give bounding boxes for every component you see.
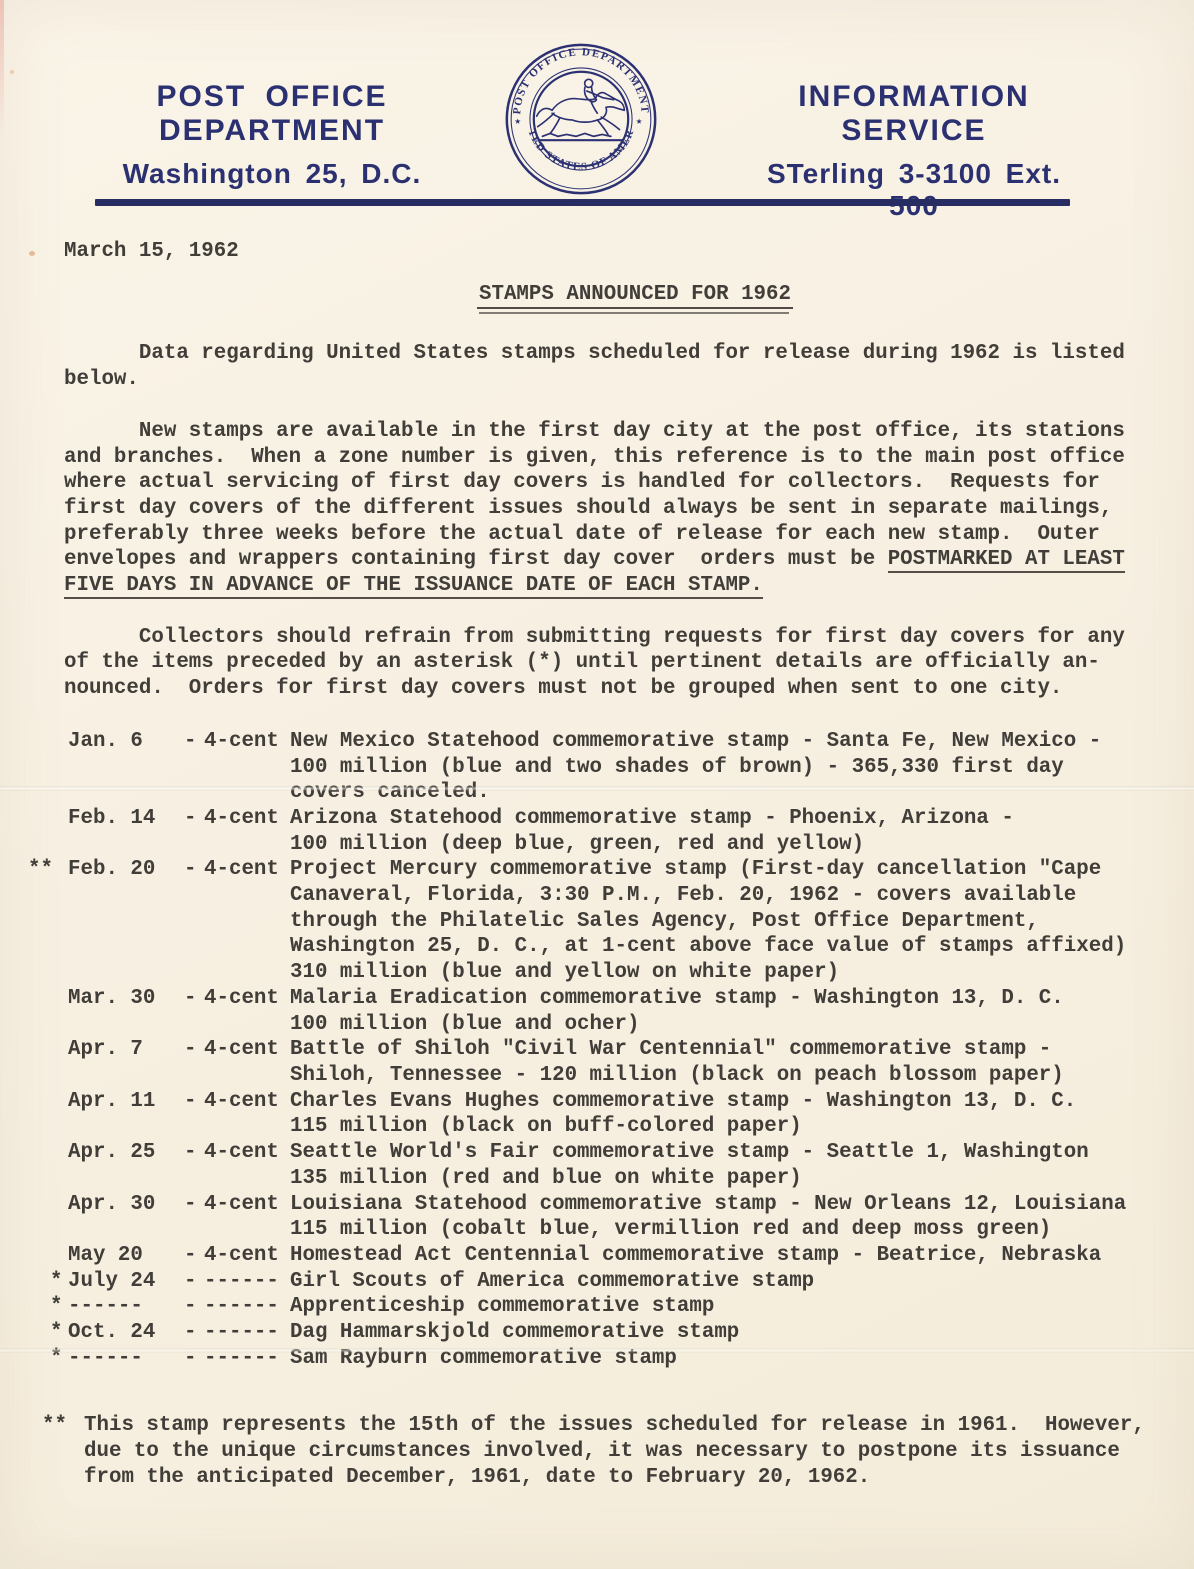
seal-right-star-icon: ★ <box>636 116 643 128</box>
entry-description-line: Dag Hammarskjold commemorative stamp <box>290 1320 1194 1346</box>
entry-description: Charles Evans Hughes commemorative stamp… <box>288 1089 1194 1140</box>
information-service-title: INFORMATION SERVICE <box>738 80 1090 148</box>
stamp-entry: *July 24-------Girl Scouts of America co… <box>0 1269 1194 1295</box>
scan-edge-tint <box>0 0 4 140</box>
footnote-lines: This stamp represents the 15th of the is… <box>84 1413 1194 1490</box>
entry-description: Homestead Act Centennial commemorative s… <box>288 1243 1194 1269</box>
entry-dash: - <box>178 1140 200 1166</box>
stamp-entry-grid: Apr. 30-4-centLouisiana Statehood commem… <box>68 1192 1194 1243</box>
post-office-seal: POST OFFICE DEPARTMENT UNITED STATES OF … <box>502 40 660 198</box>
entry-description: New Mexico Statehood commemorative stamp… <box>288 729 1194 806</box>
text-segment: New Mexico Statehood commemorative stamp… <box>290 730 1101 753</box>
text-line: Data regarding United States stamps sche… <box>64 341 1194 367</box>
entry-description: Arizona Statehood commemorative stamp - … <box>288 806 1194 857</box>
text-line: of the items preceded by an asterisk (*)… <box>64 650 1194 676</box>
asterisk-marker: * <box>50 1346 62 1372</box>
stamp-entry: Mar. 30-4-centMalaria Eradication commem… <box>0 986 1194 1037</box>
department-address: Washington 25, D.C. <box>82 158 462 190</box>
text-segment: 115 million (black on buff-colored paper… <box>290 1115 802 1138</box>
stamp-entry-grid: July 24-------Girl Scouts of America com… <box>68 1269 1194 1295</box>
entry-dash: - <box>178 806 200 832</box>
entry-denomination: ------ <box>200 1320 288 1346</box>
entry-description-line: 100 million (blue and two shades of brow… <box>290 755 1194 781</box>
entry-denomination: ------ <box>200 1294 288 1320</box>
text-segment: preferably three weeks before the actual… <box>64 523 1100 546</box>
entry-dash: - <box>178 986 200 1012</box>
text-segment: and branches. When a zone number is give… <box>64 446 1125 469</box>
entry-description-line: 310 million (blue and yellow on white pa… <box>290 960 1194 986</box>
seal-left-star-icon: ★ <box>515 116 522 128</box>
entry-date: ------ <box>68 1346 178 1372</box>
entry-date: July 24 <box>68 1269 178 1295</box>
entry-description-line: Malaria Eradication commemorative stamp … <box>290 986 1194 1012</box>
paragraph: Data regarding United States stamps sche… <box>64 341 1194 392</box>
text-segment: Homestead Act Centennial commemorative s… <box>290 1244 1101 1267</box>
stamp-entry-grid: Apr. 7-4-centBattle of Shiloh "Civil War… <box>68 1037 1194 1088</box>
text-segment: Battle of Shiloh "Civil War Centennial" … <box>290 1038 1051 1061</box>
asterisk-marker: * <box>50 1320 62 1346</box>
entry-description-line: 100 million (blue and ocher) <box>290 1012 1194 1038</box>
entry-dash: - <box>178 729 200 755</box>
entry-date: Apr. 7 <box>68 1037 178 1063</box>
text-segment: Seattle World's Fair commemorative stamp… <box>290 1141 1089 1164</box>
paper-speck <box>10 70 14 74</box>
entry-description: Sam Rayburn commemorative stamp <box>288 1346 1194 1372</box>
stamp-entry: Apr. 7-4-centBattle of Shiloh "Civil War… <box>0 1037 1194 1088</box>
entry-description-line: New Mexico Statehood commemorative stamp… <box>290 729 1194 755</box>
text-segment: Collectors should refrain from submittin… <box>64 626 1125 649</box>
entry-description-line: 115 million (black on buff-colored paper… <box>290 1114 1194 1140</box>
entry-description-line: 115 million (cobalt blue, vermillion red… <box>290 1217 1194 1243</box>
press-release-page: POST OFFICE DEPARTMENT Washington 25, D.… <box>0 0 1194 1569</box>
entry-description-line: Charles Evans Hughes commemorative stamp… <box>290 1089 1194 1115</box>
text-line: nounced. Orders for first day covers mus… <box>64 676 1194 702</box>
text-segment: Canaveral, Florida, 3:30 P.M., Feb. 20, … <box>290 884 1076 907</box>
entry-dash: - <box>178 1037 200 1063</box>
entry-description: Project Mercury commemorative stamp (Fir… <box>288 857 1194 986</box>
entry-denomination: 4-cent <box>200 857 288 883</box>
text-line: FIVE DAYS IN ADVANCE OF THE ISSUANCE DAT… <box>64 573 1194 599</box>
entry-date: Mar. 30 <box>68 986 178 1012</box>
entry-denomination: 4-cent <box>200 986 288 1012</box>
text-line: Collectors should refrain from submittin… <box>64 625 1194 651</box>
stamp-entry: Feb. 14-4-centArizona Statehood commemor… <box>0 806 1194 857</box>
entry-dash: - <box>178 857 200 883</box>
text-segment: 100 million (deep blue, green, red and y… <box>290 833 864 856</box>
text-segment: New stamps are available in the first da… <box>64 420 1125 443</box>
entry-denomination: 4-cent <box>200 729 288 755</box>
text-segment: 100 million (blue and two shades of brow… <box>290 756 1064 779</box>
entry-description-line: Shiloh, Tennessee - 120 million (black o… <box>290 1063 1194 1089</box>
text-segment: 135 million (red and blue on white paper… <box>290 1167 802 1190</box>
entry-description: Girl Scouts of America commemorative sta… <box>288 1269 1194 1295</box>
text-segment: from the anticipated December, 1961, dat… <box>84 1466 870 1489</box>
pony-express-rider-icon <box>537 79 625 140</box>
text-segment: covers canceled. <box>290 781 490 804</box>
text-segment: Shiloh, Tennessee - 120 million (black o… <box>290 1064 1064 1087</box>
entry-description: Malaria Eradication commemorative stamp … <box>288 986 1194 1037</box>
entry-denomination: ------ <box>200 1346 288 1372</box>
entry-description: Apprenticeship commemorative stamp <box>288 1294 1194 1320</box>
entry-date: Oct. 24 <box>68 1320 178 1346</box>
stamp-entry-grid: -------------Apprenticeship commemorativ… <box>68 1294 1194 1320</box>
entry-description: Dag Hammarskjold commemorative stamp <box>288 1320 1194 1346</box>
text-line: preferably three weeks before the actual… <box>64 522 1194 548</box>
letterhead-rule <box>95 199 1070 206</box>
text-segment: Arizona Statehood commemorative stamp - … <box>290 807 1014 830</box>
entry-date: Apr. 30 <box>68 1192 178 1218</box>
text-segment: Charles Evans Hughes commemorative stamp… <box>290 1090 1076 1113</box>
entry-description-line: Seattle World's Fair commemorative stamp… <box>290 1140 1194 1166</box>
stamp-entry-grid: -------------Sam Rayburn commemorative s… <box>68 1346 1194 1372</box>
text-segment: due to the unique circumstances involved… <box>84 1440 1120 1463</box>
entry-denomination: 4-cent <box>200 1243 288 1269</box>
stamp-entry-grid: Feb. 20-4-centProject Mercury commemorat… <box>68 857 1194 986</box>
entry-dash: - <box>178 1320 200 1346</box>
entry-description-line: 100 million (deep blue, green, red and y… <box>290 832 1194 858</box>
stamp-list: Jan. 6-4-centNew Mexico Statehood commem… <box>0 729 1194 1372</box>
entry-denomination: ------ <box>200 1269 288 1295</box>
entry-description-line: Homestead Act Centennial commemorative s… <box>290 1243 1194 1269</box>
stamp-entry: *Oct. 24-------Dag Hammarskjold commemor… <box>0 1320 1194 1346</box>
stamp-entry-grid: Jan. 6-4-centNew Mexico Statehood commem… <box>68 729 1194 806</box>
text-segment: Apprenticeship commemorative stamp <box>290 1295 714 1318</box>
stamp-entry-grid: Mar. 30-4-centMalaria Eradication commem… <box>68 986 1194 1037</box>
entry-date: Apr. 11 <box>68 1089 178 1115</box>
stamp-entry: Apr. 11-4-centCharles Evans Hughes comme… <box>0 1089 1194 1140</box>
entry-dash: - <box>178 1192 200 1218</box>
stamp-entry: *-------------Sam Rayburn commemorative … <box>0 1346 1194 1372</box>
entry-description: Battle of Shiloh "Civil War Centennial" … <box>288 1037 1194 1088</box>
entry-dash: - <box>178 1346 200 1372</box>
entry-description-line: Project Mercury commemorative stamp (Fir… <box>290 857 1194 883</box>
text-segment: Malaria Eradication commemorative stamp … <box>290 987 1064 1010</box>
stamp-entry-grid: Feb. 14-4-centArizona Statehood commemor… <box>68 806 1194 857</box>
entry-denomination: 4-cent <box>200 806 288 832</box>
underlined-text: POSTMARKED AT LEAST <box>888 548 1125 573</box>
entry-denomination: 4-cent <box>200 1192 288 1218</box>
text-segment: Data regarding United States stamps sche… <box>64 342 1125 365</box>
text-line: New stamps are available in the first da… <box>64 419 1194 445</box>
stamp-entry-grid: Apr. 25-4-centSeattle World's Fair comme… <box>68 1140 1194 1191</box>
asterisk-marker: * <box>50 1294 62 1320</box>
document-body: March 15, 1962 STAMPS ANNOUNCED FOR 1962… <box>0 206 1194 1491</box>
text-segment: This stamp represents the 15th of the is… <box>84 1414 1145 1437</box>
entry-dash: - <box>178 1243 200 1269</box>
entry-description-line: through the Philatelic Sales Agency, Pos… <box>290 909 1194 935</box>
text-segment: Dag Hammarskjold commemorative stamp <box>290 1321 739 1344</box>
stamp-entry-grid: Apr. 11-4-centCharles Evans Hughes comme… <box>68 1089 1194 1140</box>
entry-dash: - <box>178 1089 200 1115</box>
text-segment: Louisiana Statehood commemorative stamp … <box>290 1193 1126 1216</box>
department-name: POST OFFICE DEPARTMENT <box>82 80 462 148</box>
entry-denomination: 4-cent <box>200 1037 288 1063</box>
entry-date: May 20 <box>68 1243 178 1269</box>
footnote-line: due to the unique circumstances involved… <box>84 1439 1194 1465</box>
entry-description-line: Washington 25, D. C., at 1-cent above fa… <box>290 934 1194 960</box>
text-line: below. <box>64 367 1194 393</box>
text-segment: Girl Scouts of America commemorative sta… <box>290 1270 814 1293</box>
stamp-entry: Apr. 30-4-centLouisiana Statehood commem… <box>0 1192 1194 1243</box>
text-segment: 100 million (blue and ocher) <box>290 1013 639 1036</box>
entry-description-line: Louisiana Statehood commemorative stamp … <box>290 1192 1194 1218</box>
entry-description-line: Girl Scouts of America commemorative sta… <box>290 1269 1194 1295</box>
entry-denomination: 4-cent <box>200 1089 288 1115</box>
stamp-entry-grid: Oct. 24-------Dag Hammarskjold commemora… <box>68 1320 1194 1346</box>
stamp-entry: **Feb. 20-4-centProject Mercury commemor… <box>0 857 1194 986</box>
entry-date: Jan. 6 <box>68 729 178 755</box>
text-line: where actual servicing of first day cove… <box>64 470 1194 496</box>
text-segment: Sam Rayburn commemorative stamp <box>290 1347 677 1370</box>
text-segment: where actual servicing of first day cove… <box>64 471 1100 494</box>
entry-description-line: 135 million (red and blue on white paper… <box>290 1166 1194 1192</box>
text-segment: through the Philatelic Sales Agency, Pos… <box>290 910 1039 933</box>
text-segment: nounced. Orders for first day covers mus… <box>64 677 1062 700</box>
entry-dash: - <box>178 1294 200 1320</box>
text-line: envelopes and wrappers containing first … <box>64 547 1194 573</box>
stamp-entry: *-------------Apprenticeship commemorati… <box>0 1294 1194 1320</box>
entry-dash: - <box>178 1269 200 1295</box>
footnote-marker: ** <box>42 1413 67 1439</box>
entry-description-line: Arizona Statehood commemorative stamp - … <box>290 806 1194 832</box>
text-segment: envelopes and wrappers containing first … <box>64 548 888 571</box>
entry-date: Feb. 14 <box>68 806 178 832</box>
paragraph: New stamps are available in the first da… <box>64 419 1194 599</box>
entry-date: ------ <box>68 1294 178 1320</box>
text-segment: 115 million (cobalt blue, vermillion red… <box>290 1218 1051 1241</box>
text-line: and branches. When a zone number is give… <box>64 445 1194 471</box>
entry-date: Apr. 25 <box>68 1140 178 1166</box>
text-segment: Washington 25, D. C., at 1-cent above fa… <box>290 935 1126 958</box>
text-segment: of the items preceded by an asterisk (*)… <box>64 651 1100 674</box>
entry-description: Louisiana Statehood commemorative stamp … <box>288 1192 1194 1243</box>
text-segment: 310 million (blue and yellow on white pa… <box>290 961 839 984</box>
entry-description-line: Sam Rayburn commemorative stamp <box>290 1346 1194 1372</box>
asterisk-marker: * <box>50 1269 62 1295</box>
footnote-line: from the anticipated December, 1961, dat… <box>84 1465 1194 1491</box>
paragraph: Collectors should refrain from submittin… <box>64 625 1194 702</box>
entry-date: Feb. 20 <box>68 857 178 883</box>
entry-denomination: 4-cent <box>200 1140 288 1166</box>
entry-description-line: Battle of Shiloh "Civil War Centennial" … <box>290 1037 1194 1063</box>
text-segment: first day covers of the different issues… <box>64 497 1112 520</box>
stamp-entry: Jan. 6-4-centNew Mexico Statehood commem… <box>0 729 1194 806</box>
text-segment: Project Mercury commemorative stamp (Fir… <box>290 858 1101 881</box>
letterhead-left: POST OFFICE DEPARTMENT Washington 25, D.… <box>82 80 462 190</box>
text-segment: below. <box>64 368 139 391</box>
title-row: STAMPS ANNOUNCED FOR 1962 <box>0 282 1194 316</box>
paragraphs: Data regarding United States stamps sche… <box>64 341 1194 701</box>
stamp-entry: Apr. 25-4-centSeattle World's Fair comme… <box>0 1140 1194 1191</box>
text-line: first day covers of the different issues… <box>64 496 1194 522</box>
stamp-entry: May 20-4-centHomestead Act Centennial co… <box>0 1243 1194 1269</box>
entry-description: Seattle World's Fair commemorative stamp… <box>288 1140 1194 1191</box>
entry-description-line: Canaveral, Florida, 3:30 P.M., Feb. 20, … <box>290 883 1194 909</box>
footnote-line: This stamp represents the 15th of the is… <box>84 1413 1194 1439</box>
underlined-text: FIVE DAYS IN ADVANCE OF THE ISSUANCE DAT… <box>64 574 763 599</box>
date-line: March 15, 1962 <box>64 239 1194 265</box>
stamp-entry-grid: May 20-4-centHomestead Act Centennial co… <box>68 1243 1194 1269</box>
entry-description-line: Apprenticeship commemorative stamp <box>290 1294 1194 1320</box>
entry-description-line: covers canceled. <box>290 780 1194 806</box>
asterisk-marker: ** <box>28 857 53 883</box>
footnote: ** This stamp represents the 15th of the… <box>0 1413 1194 1490</box>
page-title: STAMPS ANNOUNCED FOR 1962 <box>479 282 791 316</box>
